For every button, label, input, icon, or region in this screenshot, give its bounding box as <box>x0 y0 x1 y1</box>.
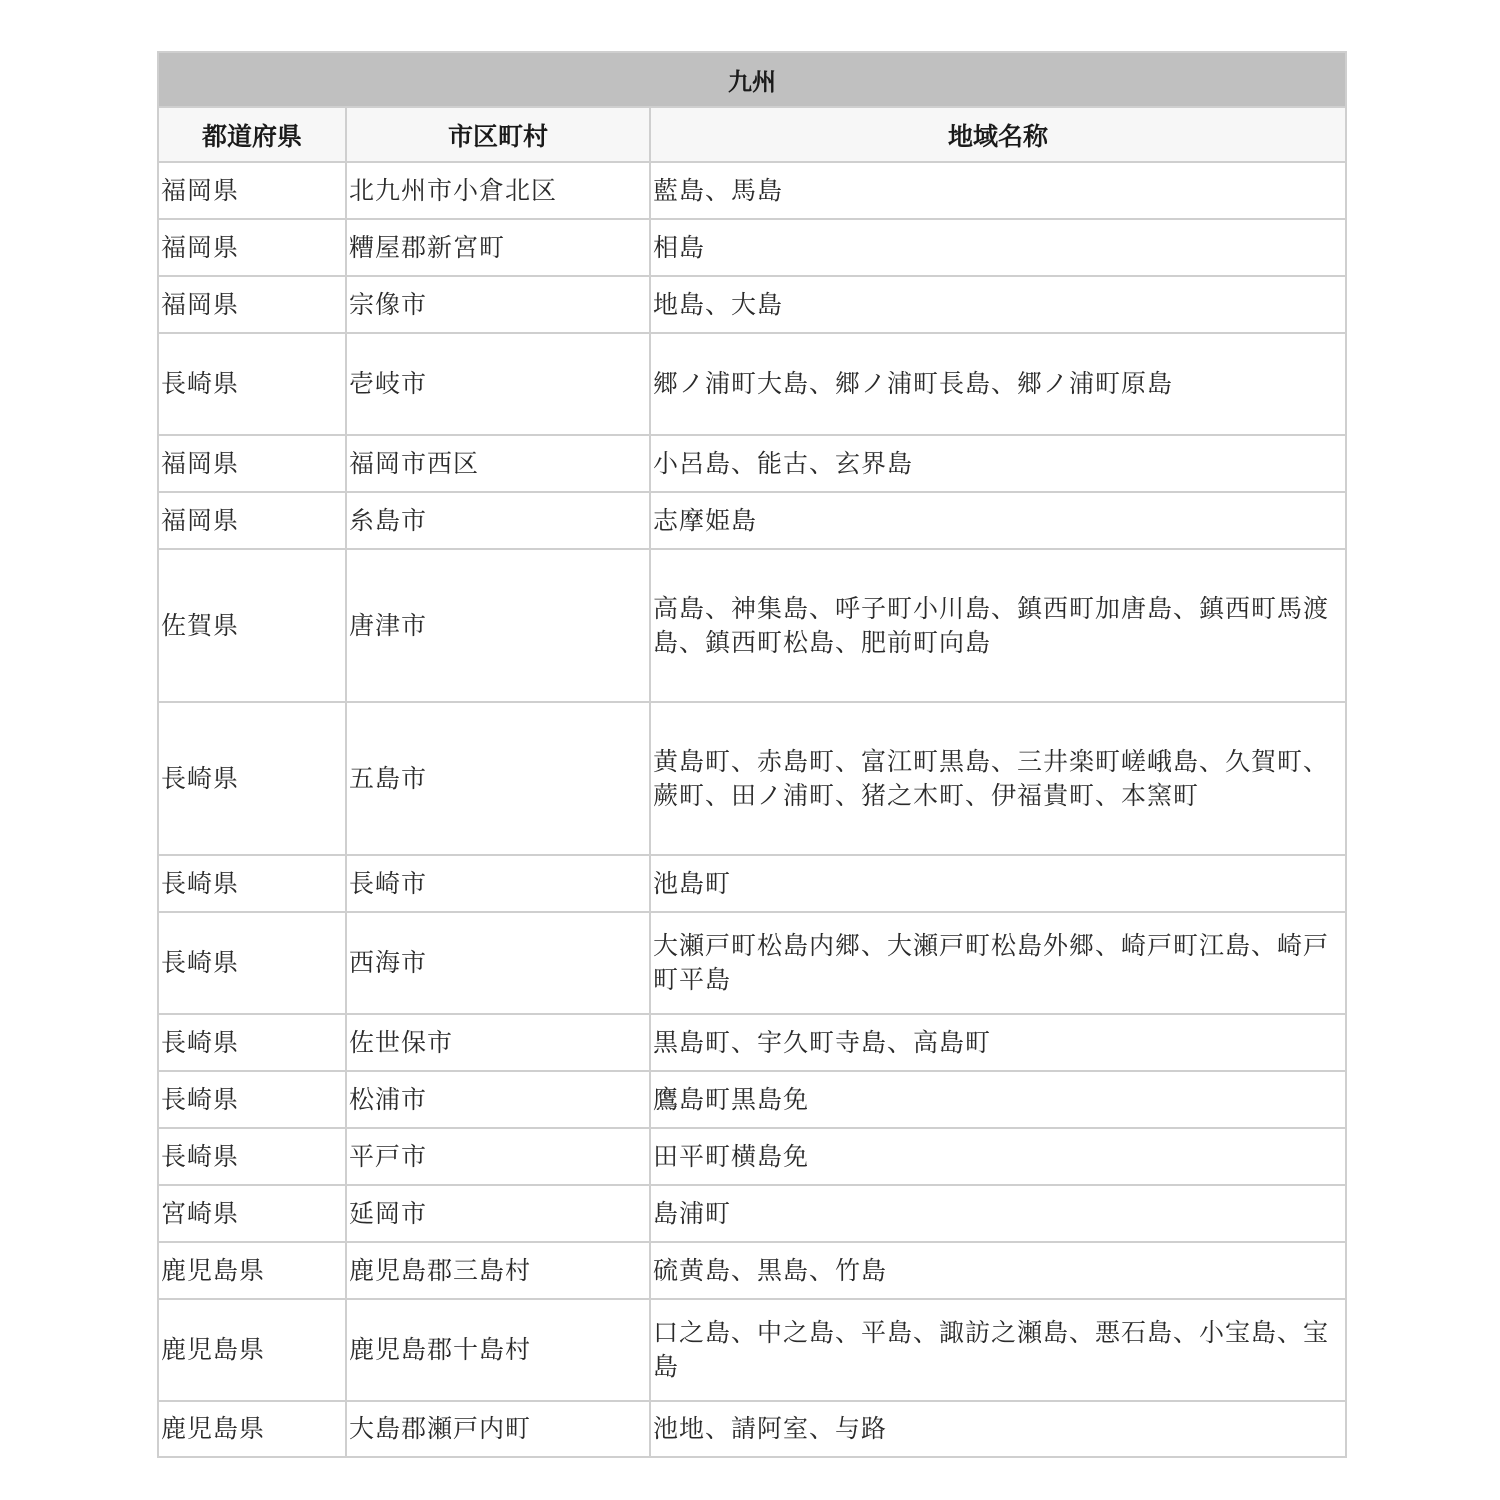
cell-prefecture: 長崎県 <box>158 912 346 1014</box>
cell-area-names: 黒島町、宇久町寺島、高島町 <box>650 1014 1346 1071</box>
cell-prefecture: 福岡県 <box>158 492 346 549</box>
cell-area-names: 高島、神集島、呼子町小川島、鎮西町加唐島、鎮西町馬渡島、鎮西町松島、肥前町向島 <box>650 549 1346 702</box>
table-row: 福岡県宗像市地島、大島 <box>158 276 1346 333</box>
cell-municipality: 北九州市小倉北区 <box>346 162 650 219</box>
cell-prefecture: 長崎県 <box>158 855 346 912</box>
cell-prefecture: 長崎県 <box>158 1014 346 1071</box>
table-row: 福岡県糟屋郡新宮町相島 <box>158 219 1346 276</box>
region-title: 九州 <box>158 52 1346 107</box>
cell-prefecture: 福岡県 <box>158 219 346 276</box>
cell-prefecture: 福岡県 <box>158 162 346 219</box>
cell-municipality: 鹿児島郡十島村 <box>346 1299 650 1401</box>
table-row: 福岡県糸島市志摩姫島 <box>158 492 1346 549</box>
cell-area-names: 志摩姫島 <box>650 492 1346 549</box>
cell-municipality: 長崎市 <box>346 855 650 912</box>
cell-municipality: 福岡市西区 <box>346 435 650 492</box>
table-row: 長崎県壱岐市郷ノ浦町大島、郷ノ浦町長島、郷ノ浦町原島 <box>158 333 1346 435</box>
cell-municipality: 糸島市 <box>346 492 650 549</box>
cell-municipality: 西海市 <box>346 912 650 1014</box>
cell-area-names: 郷ノ浦町大島、郷ノ浦町長島、郷ノ浦町原島 <box>650 333 1346 435</box>
header-area-names: 地域名称 <box>650 107 1346 162</box>
cell-prefecture: 鹿児島県 <box>158 1242 346 1299</box>
cell-area-names: 池地、請阿室、与路 <box>650 1401 1346 1457</box>
table-row: 鹿児島県鹿児島郡三島村硫黄島、黒島、竹島 <box>158 1242 1346 1299</box>
cell-prefecture: 宮崎県 <box>158 1185 346 1242</box>
cell-area-names: 硫黄島、黒島、竹島 <box>650 1242 1346 1299</box>
table-row: 福岡県北九州市小倉北区藍島、馬島 <box>158 162 1346 219</box>
table-row: 佐賀県唐津市高島、神集島、呼子町小川島、鎮西町加唐島、鎮西町馬渡島、鎮西町松島、… <box>158 549 1346 702</box>
header-row: 都道府県 市区町村 地域名称 <box>158 107 1346 162</box>
header-prefecture: 都道府県 <box>158 107 346 162</box>
cell-municipality: 鹿児島郡三島村 <box>346 1242 650 1299</box>
cell-area-names: 大瀬戸町松島内郷、大瀬戸町松島外郷、崎戸町江島、崎戸町平島 <box>650 912 1346 1014</box>
table-row: 福岡県福岡市西区小呂島、能古、玄界島 <box>158 435 1346 492</box>
header-municipality: 市区町村 <box>346 107 650 162</box>
cell-municipality: 佐世保市 <box>346 1014 650 1071</box>
cell-prefecture: 福岡県 <box>158 435 346 492</box>
cell-municipality: 唐津市 <box>346 549 650 702</box>
table-row: 長崎県佐世保市黒島町、宇久町寺島、高島町 <box>158 1014 1346 1071</box>
table-row: 宮崎県延岡市島浦町 <box>158 1185 1346 1242</box>
table-row: 長崎県平戸市田平町横島免 <box>158 1128 1346 1185</box>
cell-prefecture: 鹿児島県 <box>158 1401 346 1457</box>
cell-prefecture: 長崎県 <box>158 333 346 435</box>
cell-prefecture: 福岡県 <box>158 276 346 333</box>
table-row: 鹿児島県大島郡瀬戸内町池地、請阿室、与路 <box>158 1401 1346 1457</box>
cell-municipality: 平戸市 <box>346 1128 650 1185</box>
cell-municipality: 糟屋郡新宮町 <box>346 219 650 276</box>
cell-area-names: 小呂島、能古、玄界島 <box>650 435 1346 492</box>
cell-prefecture: 長崎県 <box>158 1128 346 1185</box>
cell-municipality: 五島市 <box>346 702 650 855</box>
cell-area-names: 島浦町 <box>650 1185 1346 1242</box>
cell-municipality: 大島郡瀬戸内町 <box>346 1401 650 1457</box>
cell-area-names: 田平町横島免 <box>650 1128 1346 1185</box>
cell-prefecture: 長崎県 <box>158 702 346 855</box>
table-row: 長崎県西海市大瀬戸町松島内郷、大瀬戸町松島外郷、崎戸町江島、崎戸町平島 <box>158 912 1346 1014</box>
kyushu-islands-table: 九州 都道府県 市区町村 地域名称 福岡県北九州市小倉北区藍島、馬島福岡県糟屋郡… <box>157 51 1347 1458</box>
cell-area-names: 地島、大島 <box>650 276 1346 333</box>
cell-area-names: 口之島、中之島、平島、諏訪之瀬島、悪石島、小宝島、宝島 <box>650 1299 1346 1401</box>
cell-municipality: 壱岐市 <box>346 333 650 435</box>
cell-area-names: 鷹島町黒島免 <box>650 1071 1346 1128</box>
cell-municipality: 延岡市 <box>346 1185 650 1242</box>
cell-area-names: 池島町 <box>650 855 1346 912</box>
table-body: 福岡県北九州市小倉北区藍島、馬島福岡県糟屋郡新宮町相島福岡県宗像市地島、大島長崎… <box>158 162 1346 1457</box>
table-row: 鹿児島県鹿児島郡十島村口之島、中之島、平島、諏訪之瀬島、悪石島、小宝島、宝島 <box>158 1299 1346 1401</box>
cell-prefecture: 鹿児島県 <box>158 1299 346 1401</box>
cell-prefecture: 佐賀県 <box>158 549 346 702</box>
cell-municipality: 松浦市 <box>346 1071 650 1128</box>
table-row: 長崎県五島市黄島町、赤島町、富江町黒島、三井楽町嵯峨島、久賀町、蕨町、田ノ浦町、… <box>158 702 1346 855</box>
cell-area-names: 相島 <box>650 219 1346 276</box>
cell-prefecture: 長崎県 <box>158 1071 346 1128</box>
cell-area-names: 藍島、馬島 <box>650 162 1346 219</box>
title-row: 九州 <box>158 52 1346 107</box>
cell-area-names: 黄島町、赤島町、富江町黒島、三井楽町嵯峨島、久賀町、蕨町、田ノ浦町、猪之木町、伊… <box>650 702 1346 855</box>
table-row: 長崎県松浦市鷹島町黒島免 <box>158 1071 1346 1128</box>
cell-municipality: 宗像市 <box>346 276 650 333</box>
table-row: 長崎県長崎市池島町 <box>158 855 1346 912</box>
